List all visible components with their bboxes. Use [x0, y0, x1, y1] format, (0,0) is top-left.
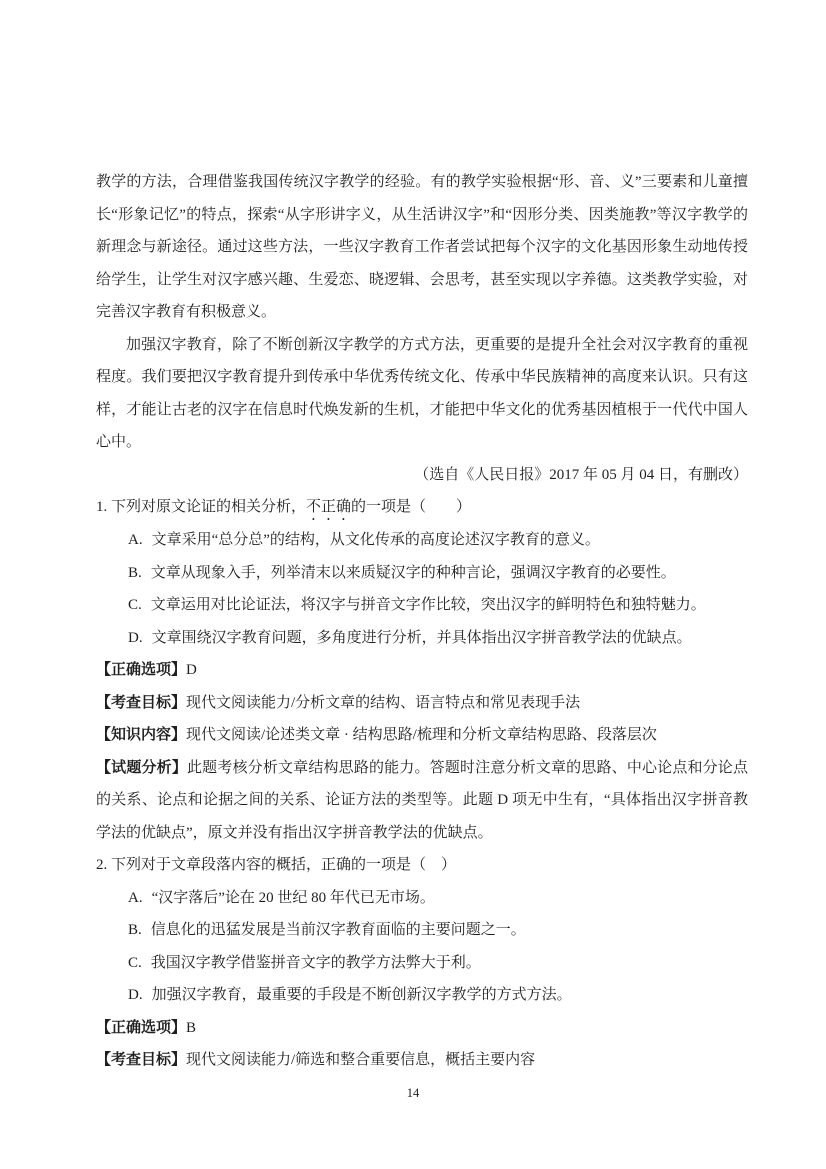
- option-text: 信息化的迅猛发展是当前汉字教育面临的主要问题之一。: [151, 922, 526, 938]
- option-letter: A.: [128, 882, 143, 915]
- question-1-option-a: A.文章采用“总分总”的结构，从文化传承的高度论述汉字教育的意义。: [96, 524, 748, 557]
- exam-target-label: 【考查目标】: [96, 1052, 186, 1068]
- option-letter: C.: [128, 589, 142, 622]
- question-1-exam-target: 【考查目标】现代文阅读能力/分析文章的结构、语言特点和常见表现手法: [96, 687, 748, 720]
- option-text: 加强汉字教育，最重要的手段是不断创新汉字教学的方式方法。: [152, 987, 572, 1003]
- document-body: 教学的方法，合理借鉴我国传统汉字教学的经验。有的教学实验根据“形、音、义”三要素…: [96, 166, 748, 1077]
- question-1-stem: 1. 下列对原文论证的相关分析，不正确的一项是（ ）: [96, 491, 748, 524]
- question-2-exam-target: 【考查目标】现代文阅读能力/筛选和整合重要信息，概括主要内容: [96, 1044, 748, 1077]
- question-1-option-d: D.文章围绕汉字教育问题，多角度进行分析，并具体指出汉字拼音教学法的优缺点。: [96, 622, 748, 655]
- knowledge-content-value: 现代文阅读/论述类文章 · 结构思路/梳理和分析文章结构思路、段落层次: [186, 727, 657, 743]
- knowledge-content-label: 【知识内容】: [96, 727, 186, 743]
- correct-answer-label: 【正确选项】: [96, 1020, 186, 1036]
- question-1-option-b: B.文章从现象入手，列举清末以来质疑汉字的种种言论，强调汉字教育的必要性。: [96, 557, 748, 590]
- option-letter: B.: [128, 557, 142, 590]
- option-letter: C.: [128, 947, 142, 980]
- analysis-label: 【试题分析】: [96, 760, 187, 776]
- question-1-knowledge-content: 【知识内容】现代文阅读/论述类文章 · 结构思路/梳理和分析文章结构思路、段落层…: [96, 719, 748, 752]
- exam-target-value: 现代文阅读能力/筛选和整合重要信息，概括主要内容: [186, 1052, 535, 1068]
- option-text: 文章从现象入手，列举清末以来质疑汉字的种种言论，强调汉字教育的必要性。: [151, 565, 676, 581]
- option-text: 文章采用“总分总”的结构，从文化传承的高度论述汉字教育的意义。: [152, 532, 600, 548]
- question-1-stem-prefix: 1. 下列对原文论证的相关分析，: [96, 499, 306, 515]
- question-2-option-c: C.我国汉字教学借鉴拼音文字的教学方法弊大于利。: [96, 947, 748, 980]
- question-2-stem: 2. 下列对于文章段落内容的概括，正确的一项是（ ）: [96, 849, 748, 882]
- option-text: 文章运用对比论证法，将汉字与拼音文字作比较，突出汉字的鲜明特色和独特魅力。: [151, 597, 706, 613]
- option-letter: D.: [128, 622, 143, 655]
- option-text: “汉字落后”论在 20 世纪 80 年代已无市场。: [152, 890, 435, 906]
- question-1-correct-answer: 【正确选项】D: [96, 654, 748, 687]
- passage-paragraph-1: 教学的方法，合理借鉴我国传统汉字教学的经验。有的教学实验根据“形、音、义”三要素…: [96, 166, 748, 329]
- correct-answer-value: D: [186, 662, 197, 678]
- question-2-option-a: A.“汉字落后”论在 20 世纪 80 年代已无市场。: [96, 882, 748, 915]
- exam-target-label: 【考查目标】: [96, 695, 186, 711]
- exam-target-value: 现代文阅读能力/分析文章的结构、语言特点和常见表现手法: [186, 695, 580, 711]
- option-text: 我国汉字教学借鉴拼音文字的教学方法弊大于利。: [151, 955, 481, 971]
- analysis-value: 此题考核分析文章结构思路的能力。答题时注意分析文章的思路、中心论点和分论点的关系…: [96, 760, 748, 841]
- question-1-stem-emphasized-text: 不正确: [306, 499, 351, 515]
- question-2-correct-answer: 【正确选项】B: [96, 1012, 748, 1045]
- correct-answer-label: 【正确选项】: [96, 662, 186, 678]
- question-1-stem-suffix: 的一项是（ ）: [351, 499, 471, 515]
- question-1-analysis: 【试题分析】此题考核分析文章结构思路的能力。答题时注意分析文章的思路、中心论点和…: [96, 752, 748, 850]
- option-letter: A.: [128, 524, 143, 557]
- page-number: 14: [0, 1083, 826, 1103]
- option-text: 文章围绕汉字教育问题，多角度进行分析，并具体指出汉字拼音教学法的优缺点。: [152, 630, 692, 646]
- passage-paragraph-2: 加强汉字教育，除了不断创新汉字教学的方式方法，更重要的是提升全社会对汉字教育的重…: [96, 329, 748, 459]
- question-2-option-b: B.信息化的迅猛发展是当前汉字教育面临的主要问题之一。: [96, 914, 748, 947]
- option-letter: D.: [128, 979, 143, 1012]
- correct-answer-value: B: [186, 1020, 196, 1036]
- question-2-option-d: D.加强汉字教育，最重要的手段是不断创新汉字教学的方式方法。: [96, 979, 748, 1012]
- question-1-option-c: C.文章运用对比论证法，将汉字与拼音文字作比较，突出汉字的鲜明特色和独特魅力。: [96, 589, 748, 622]
- option-letter: B.: [128, 914, 142, 947]
- passage-source-citation: （选自《人民日报》2017 年 05 月 04 日，有删改）: [96, 459, 748, 492]
